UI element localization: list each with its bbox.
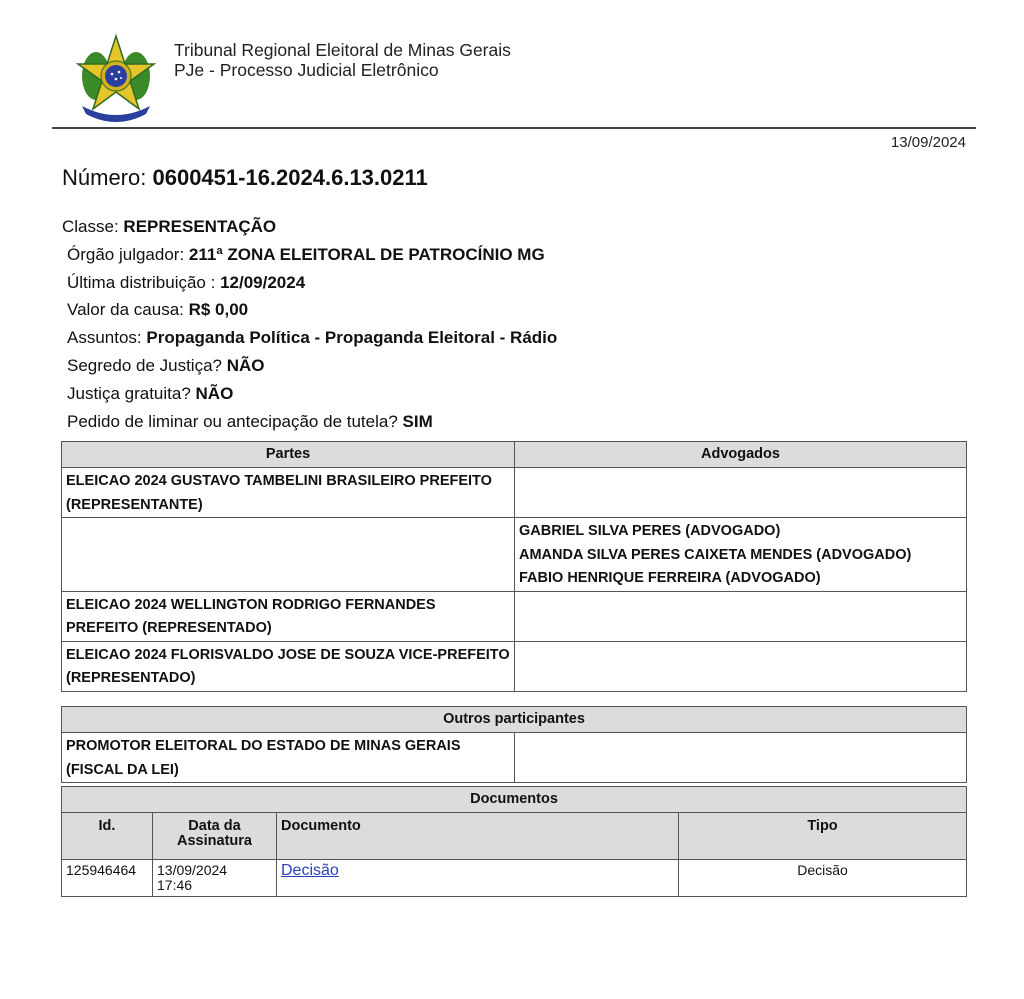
field-pedido-liminar: Pedido de liminar ou antecipação de tute… (62, 408, 557, 436)
table-row: ELEICAO 2024 FLORISVALDO JOSE DE SOUZA V… (62, 641, 967, 691)
print-date: 13/09/2024 (891, 134, 966, 151)
doc-date: 13/09/2024 (157, 863, 272, 878)
partes-table: Partes Advogados ELEICAO 2024 GUSTAVO TA… (61, 441, 967, 692)
advogados-cell (515, 641, 967, 691)
parte-cell (62, 518, 515, 592)
outros-participantes-table: Outros participantes PROMOTOR ELEITORAL … (61, 706, 967, 783)
process-fields: Classe: REPRESENTAÇÃO Órgão julgador: 21… (62, 213, 557, 435)
participante-extra-cell (515, 733, 967, 783)
doc-id: 125946464 (62, 860, 153, 897)
table-row: 125946464 13/09/2024 17:46 Decisão Decis… (62, 860, 967, 897)
advogado-name: FABIO HENRIQUE FERREIRA (ADVOGADO) (519, 567, 962, 591)
table-row: PROMOTOR ELEITORAL DO ESTADO DE MINAS GE… (62, 733, 967, 783)
documentos-header: Documentos (62, 787, 967, 813)
outros-participantes-header: Outros participantes (62, 707, 967, 733)
advogados-cell (515, 591, 967, 641)
parte-cell: ELEICAO 2024 FLORISVALDO JOSE DE SOUZA V… (62, 641, 515, 691)
participante-cell: PROMOTOR ELEITORAL DO ESTADO DE MINAS GE… (62, 733, 515, 783)
field-justica-gratuita: Justiça gratuita? NÃO (62, 380, 557, 408)
doc-time: 17:46 (157, 878, 272, 893)
advogados-cell: GABRIEL SILVA PERES (ADVOGADO) AMANDA SI… (515, 518, 967, 592)
advogados-header: Advogados (515, 442, 967, 468)
table-row: GABRIEL SILVA PERES (ADVOGADO) AMANDA SI… (62, 518, 967, 592)
partes-header: Partes (62, 442, 515, 468)
field-segredo-justica: Segredo de Justiça? NÃO (62, 352, 557, 380)
advogado-name: AMANDA SILVA PERES CAIXETA MENDES (ADVOG… (519, 544, 962, 568)
process-number-label: Número: (62, 165, 152, 190)
document-link[interactable]: Decisão (281, 862, 339, 879)
process-number-value: 0600451-16.2024.6.13.0211 (152, 165, 427, 190)
col-documento: Documento (277, 813, 679, 860)
doc-tipo: Decisão (679, 860, 967, 897)
parte-cell: ELEICAO 2024 WELLINGTON RODRIGO FERNANDE… (62, 591, 515, 641)
document-header: Tribunal Regional Eleitoral de Minas Ger… (174, 40, 511, 80)
table-row: ELEICAO 2024 GUSTAVO TAMBELINI BRASILEIR… (62, 468, 967, 518)
doc-data: 13/09/2024 17:46 (153, 860, 277, 897)
col-id: Id. (62, 813, 153, 860)
parte-cell: ELEICAO 2024 GUSTAVO TAMBELINI BRASILEIR… (62, 468, 515, 518)
doc-documento: Decisão (277, 860, 679, 897)
col-data-assinatura: Data da Assinatura (153, 813, 277, 860)
advogados-cell (515, 468, 967, 518)
field-classe: Classe: REPRESENTAÇÃO (62, 213, 557, 241)
field-assuntos: Assuntos: Propaganda Política - Propagan… (62, 324, 557, 352)
header-divider (52, 127, 976, 129)
system-name: PJe - Processo Judicial Eletrônico (174, 60, 511, 80)
advogado-name: GABRIEL SILVA PERES (ADVOGADO) (519, 520, 962, 544)
table-row: ELEICAO 2024 WELLINGTON RODRIGO FERNANDE… (62, 591, 967, 641)
field-orgao-julgador: Órgão julgador: 211ª ZONA ELEITORAL DE P… (62, 241, 557, 269)
court-name: Tribunal Regional Eleitoral de Minas Ger… (174, 40, 511, 60)
col-tipo: Tipo (679, 813, 967, 860)
field-valor-causa: Valor da causa: R$ 0,00 (62, 296, 557, 324)
field-ultima-distribuicao: Última distribuição : 12/09/2024 (62, 269, 557, 297)
process-number: Número: 0600451-16.2024.6.13.0211 (62, 165, 428, 191)
documentos-table: Documentos Id. Data da Assinatura Docume… (61, 786, 967, 897)
brazil-coat-of-arms-icon (74, 32, 158, 124)
